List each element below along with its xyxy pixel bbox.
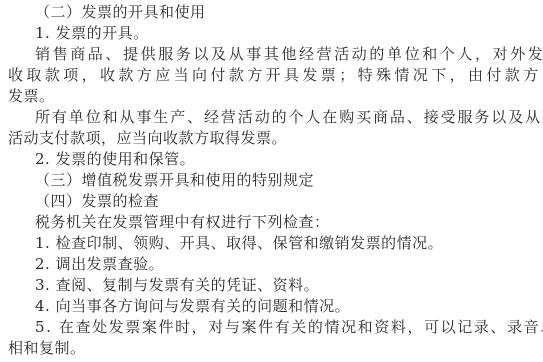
- subheading-use-and-custody: 2. 发票的使用和保管。: [35, 149, 535, 169]
- list-item: 3. 查阅、复制与发票有关的凭证、资料。: [35, 275, 535, 295]
- paragraph-line: 活动支付款项，应当向收款方取得发票。: [8, 128, 535, 148]
- document-page: （二）发票的开具和使用 1. 发票的开具。 销售商品、提供服务以及从事其他经营活…: [0, 0, 543, 362]
- list-item: 2. 调出发票查验。: [35, 254, 535, 274]
- paragraph-line: 相和复制。: [8, 338, 535, 358]
- list-item: 1. 检查印制、领购、开具、取得、保管和缴销发票的情况。: [35, 233, 535, 253]
- list-item: 5. 在查处发票案件时，对与案件有关的情况和资料，可以记录、录音、录像、照: [35, 317, 535, 337]
- paragraph-line: 发票。: [8, 86, 535, 106]
- paragraph-line: 所有单位和从事生产、经营活动的个人在购买商品、接受服务以及从事其他经营: [35, 107, 535, 127]
- subheading-issuing: 1. 发票的开具。: [35, 23, 535, 43]
- section-heading-vat-rules: （三）增值税发票开具和使用的特别规定: [35, 170, 535, 190]
- section-heading-issuing-and-use: （二）发票的开具和使用: [35, 2, 535, 22]
- paragraph-line: 收取款项，收款方应当向付款方开具发票；特殊情况下，由付款方向收款方开具: [8, 65, 535, 85]
- section-heading-inspection: （四）发票的检查: [35, 191, 535, 211]
- list-item: 4. 向当事各方询问与发票有关的问题和情况。: [35, 296, 535, 316]
- paragraph-line: 销售商品、提供服务以及从事其他经营活动的单位和个人，对外发生经营业务: [35, 44, 535, 64]
- paragraph-line: 税务机关在发票管理中有权进行下列检查：: [35, 212, 535, 232]
